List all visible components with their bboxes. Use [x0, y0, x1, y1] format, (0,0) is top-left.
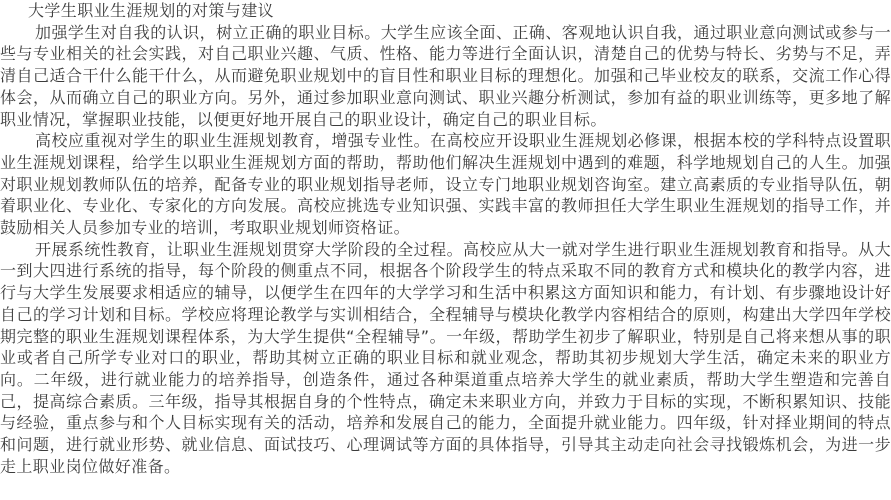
paragraph-self-awareness: 加强学生对自我的认识，树立正确的职业目标。大学生应该全面、正确、客观地认识自我，… [0, 22, 891, 131]
paragraph-career-education: 高校应重视对学生的职业生涯规划教育，增强专业性。在高校应开设职业生涯规划必修课，… [0, 130, 891, 239]
document-page: 大学生职业生涯规划的对策与建议 加强学生对自我的认识，树立正确的职业目标。大学生… [0, 0, 891, 500]
paragraph-systematic-education: 开展系统性教育，让职业生涯规划贯穿大学阶段的全过程。高校应从大一就对学生进行职业… [0, 239, 891, 478]
document-title: 大学生职业生涯规划的对策与建议 [0, 0, 891, 22]
document-body: 加强学生对自我的认识，树立正确的职业目标。大学生应该全面、正确、客观地认识自我，… [0, 22, 891, 478]
